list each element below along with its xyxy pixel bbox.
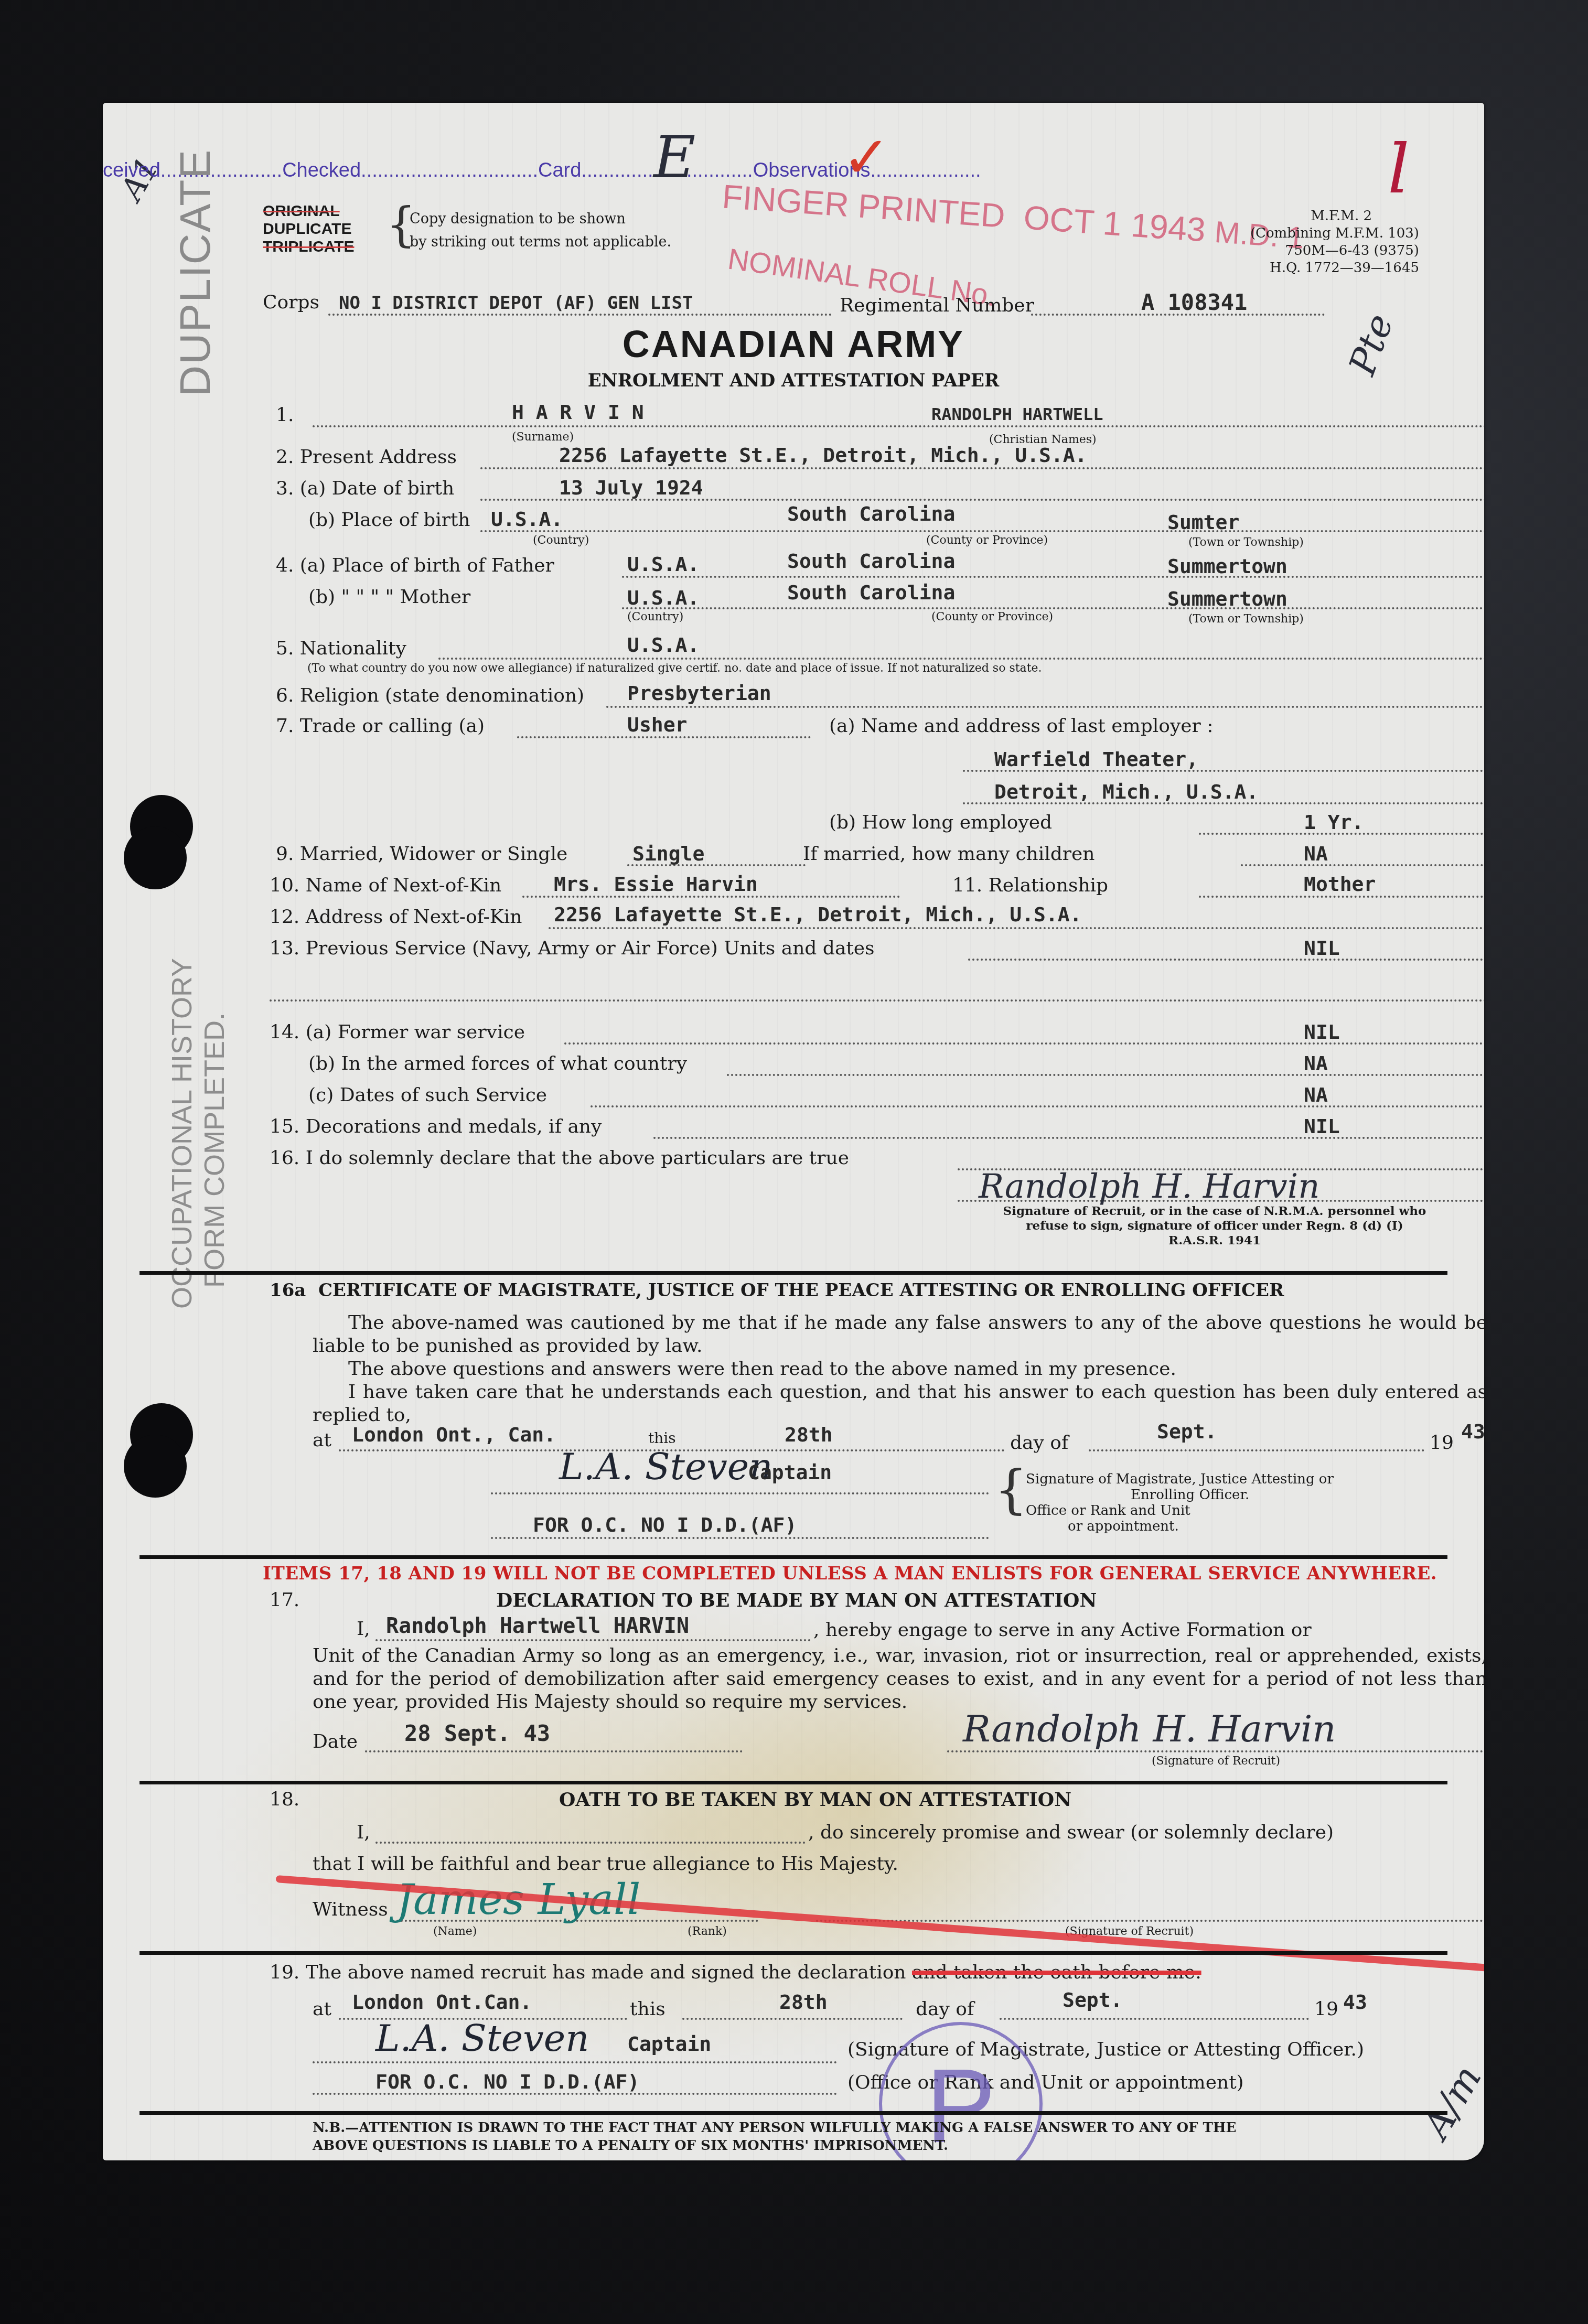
oath-heading: OATH TO BE TAKEN BY MAN ON ATTESTATION	[559, 1789, 1071, 1811]
q15-label: 15. Decorations and medals, if any	[270, 1116, 602, 1137]
next-of-kin-value: Mrs. Essie Harvin	[554, 873, 758, 896]
q6-label: 6. Religion (state denomination)	[276, 685, 584, 706]
q16-label: 16. I do solemnly declare that the above…	[270, 1147, 849, 1169]
copy-designation-note: Copy designation to be shown by striking…	[410, 208, 671, 254]
section-divider	[140, 1271, 1447, 1275]
q1-number: 1.	[276, 404, 294, 426]
warning-banner: ITEMS 17, 18 AND 19 WILL NOT BE COMPLETE…	[263, 1563, 1437, 1584]
father-country-value: U.S.A.	[627, 553, 699, 576]
q13-label: 13. Previous Service (Navy, Army or Air …	[270, 938, 875, 959]
punch-hole	[124, 826, 187, 889]
this-label: this	[630, 1998, 666, 2020]
officer-rank-value: Captain	[748, 1461, 832, 1484]
punch-hole	[124, 1435, 187, 1498]
declaration-text-first: , hereby engage to serve in any Active F…	[813, 1619, 1312, 1641]
final-day-value: 28th	[779, 1991, 828, 2014]
witness-name-caption: (Name)	[433, 1925, 477, 1938]
attestation-paper: A1 ceived......................Checked..…	[103, 103, 1484, 2160]
this-label: this	[648, 1429, 676, 1447]
decorations-value: NIL	[1304, 1115, 1340, 1138]
page-title: CANADIAN ARMY	[103, 323, 1484, 366]
section-divider	[140, 1951, 1447, 1955]
q14c-label: (c) Dates of such Service	[308, 1084, 547, 1106]
regimental-number-value: A 108341	[1141, 289, 1247, 315]
q4a-label: 4. (a) Place of birth of Father	[276, 555, 554, 576]
q14b-label: (b) In the armed forces of what country	[308, 1053, 687, 1074]
q9-label: 9. Married, Widower or Single	[276, 843, 567, 865]
red-annotation-bottom: A/m	[1414, 2058, 1484, 2145]
father-town-value: Summertown	[1167, 555, 1287, 578]
final-month-value: Sept.	[1063, 1988, 1122, 2011]
final-officer-signature: L.A. Steven	[375, 2017, 589, 2060]
q5-label: 5. Nationality	[276, 638, 406, 659]
relationship-value: Mother	[1304, 873, 1376, 896]
final-rank-value: Captain	[627, 2032, 711, 2056]
certificate-text: The above-named was cautioned by me that…	[313, 1311, 1484, 1427]
card-checkmark: ✓	[842, 124, 890, 191]
officer-captions: Signature of Magistrate, Justice Attesti…	[1026, 1471, 1334, 1534]
q2-label: 2. Present Address	[276, 446, 457, 468]
mother-country-value: U.S.A.	[627, 586, 699, 609]
q11-label: 11. Relationship	[952, 875, 1108, 896]
country-caption: (Country)	[627, 610, 683, 623]
final-place-value: London Ont.Can.	[352, 1991, 532, 2014]
witness-rank-caption: (Rank)	[688, 1925, 727, 1938]
regimental-number-label: Regimental Number	[840, 295, 1034, 316]
religion-value: Presbyterian	[627, 682, 771, 705]
q19-text: 19. The above named recruit has made and…	[270, 1962, 1201, 1983]
birth-county-value: South Carolina	[787, 502, 955, 525]
recruit-signature-caption: Signature of Recruit, or in the case of …	[942, 1204, 1484, 1248]
birth-country-value: U.S.A.	[491, 508, 563, 531]
q3a-label: 3. (a) Date of birth	[276, 478, 454, 499]
county-caption: (County or Province)	[931, 610, 1053, 623]
corps-value: NO I DISTRICT DEPOT (AF) GEN LIST	[339, 293, 693, 314]
section-divider	[140, 1555, 1447, 1559]
declaration-date-value: 28 Sept. 43	[404, 1720, 550, 1746]
declaration-signature: Randolph H. Harvin	[963, 1707, 1336, 1750]
declaration-text: Unit of the Canadian Army so long as an …	[313, 1644, 1484, 1714]
q14a-label: 14. (a) Former war service	[270, 1021, 525, 1043]
finger-printed-stamp: FINGER PRINTED OCT 1 1943 M.D. 1	[721, 177, 1306, 256]
date-label: Date	[313, 1731, 358, 1752]
certificate-day-value: 28th	[785, 1423, 833, 1446]
corps-label: Corps	[263, 292, 319, 313]
armed-forces-country-value: NA	[1304, 1052, 1328, 1075]
previous-service-value: NIL	[1304, 937, 1340, 960]
form-reference: M.F.M. 2 (Combining M.F.M. 103) 750M—6-4…	[1241, 208, 1419, 277]
surname-caption: (Surname)	[512, 431, 574, 444]
town-caption: (Town or Township)	[1188, 612, 1304, 626]
birth-town-value: Sumter	[1167, 511, 1239, 534]
copy-designation: ORIGINAL DUPLICATE TRIPLICATE	[263, 202, 354, 256]
q7-label: 7. Trade or calling (a)	[276, 715, 485, 737]
officer-signature: L.A. Steven	[559, 1445, 772, 1488]
children-label: If married, how many children	[803, 843, 1095, 865]
i-label: I,	[357, 1822, 370, 1843]
former-war-service-value: NIL	[1304, 1020, 1340, 1043]
nb-notice: N.B.—ATTENTION IS DRAWN TO THE FACT THAT…	[313, 2119, 1236, 2155]
day-of-label: day of	[916, 1998, 974, 2020]
certificate-month-value: Sept.	[1157, 1420, 1217, 1443]
next-of-kin-address-value: 2256 Lafayette St.E., Detroit, Mich., U.…	[554, 903, 1082, 926]
q18-number: 18.	[270, 1789, 299, 1810]
year-prefix: 19	[1314, 1998, 1338, 2020]
nationality-note: (To what country do you now owe allegian…	[307, 662, 1042, 675]
date-of-birth-value: 13 July 1924	[559, 476, 703, 499]
certificate-heading: 16a CERTIFICATE OF MAGISTRATE, JUSTICE O…	[270, 1280, 1284, 1301]
mother-town-value: Summertown	[1167, 587, 1287, 610]
mother-county-value: South Carolina	[787, 581, 955, 604]
section-divider	[140, 1781, 1447, 1784]
at-label: at	[313, 1429, 331, 1451]
day-of-label: day of	[1010, 1432, 1068, 1454]
nationality-value: U.S.A.	[627, 633, 699, 657]
declaration-heading: DECLARATION TO BE MADE BY MAN ON ATTESTA…	[496, 1589, 1097, 1611]
at-label: at	[313, 1998, 331, 2020]
officer-unit-value: FOR O.C. NO I D.D.(AF)	[533, 1513, 797, 1536]
employer-label: (a) Name and address of last employer :	[829, 715, 1213, 737]
marital-status-value: Single	[632, 842, 704, 865]
strike-through-line	[275, 1875, 1484, 1974]
q17-number: 17.	[270, 1589, 299, 1611]
year-prefix: 19	[1430, 1432, 1454, 1454]
checked-mark: E	[653, 124, 695, 191]
father-county-value: South Carolina	[787, 550, 955, 573]
christian-names-value: RANDOLPH HARTWELL	[931, 404, 1103, 424]
present-address-value: 2256 Lafayette St.E., Detroit, Mich., U.…	[559, 444, 1087, 467]
surname-value: H A R V I N	[512, 401, 644, 424]
how-long-label: (b) How long employed	[829, 812, 1052, 833]
certificate-place-value: London Ont., Can.	[352, 1423, 556, 1446]
county-caption: (County or Province)	[926, 534, 1048, 547]
oath-text-line2: that I will be faithful and bear true al…	[313, 1853, 898, 1875]
country-caption: (Country)	[533, 534, 589, 547]
q3b-label: (b) Place of birth	[308, 509, 470, 531]
occupational-history-stamp: OCCUPATIONAL HISTORY FORM COMPLETED.	[166, 958, 231, 1309]
declaration-name-value: Randolph Hartwell HARVIN	[386, 1614, 689, 1638]
final-unit-value: FOR O.C. NO I D.D.(AF)	[375, 2070, 639, 2093]
q10-label: 10. Name of Next-of-Kin	[270, 875, 501, 896]
oath-text-line1: , do sincerely promise and swear (or sol…	[808, 1822, 1334, 1843]
children-value: NA	[1304, 842, 1328, 865]
town-caption: (Town or Township)	[1188, 536, 1304, 549]
how-long-value: 1 Yr.	[1304, 811, 1364, 834]
i-label: I,	[357, 1618, 370, 1640]
declaration-signature-caption: (Signature of Recruit)	[1152, 1755, 1280, 1768]
trade-value: Usher	[627, 713, 687, 736]
employer-line1: Warfield Theater,	[994, 748, 1198, 771]
final-year-value: 43	[1343, 1991, 1367, 2014]
corner-initial-mark: l	[1388, 129, 1410, 209]
recruit-signature: Randolph H. Harvin	[979, 1167, 1319, 1206]
brace: {	[994, 1464, 1028, 1516]
certificate-year-value: 43	[1461, 1420, 1484, 1443]
witness-label: Witness	[313, 1899, 388, 1920]
employer-line2: Detroit, Mich., U.S.A.	[994, 780, 1258, 803]
service-dates-value: NA	[1304, 1083, 1328, 1106]
page-subtitle: ENROLMENT AND ATTESTATION PAPER	[103, 370, 1484, 391]
section-divider	[140, 2111, 1447, 2115]
q4b-label: (b) " " " " Mother	[308, 586, 470, 608]
q12-label: 12. Address of Next-of-Kin	[270, 906, 522, 928]
